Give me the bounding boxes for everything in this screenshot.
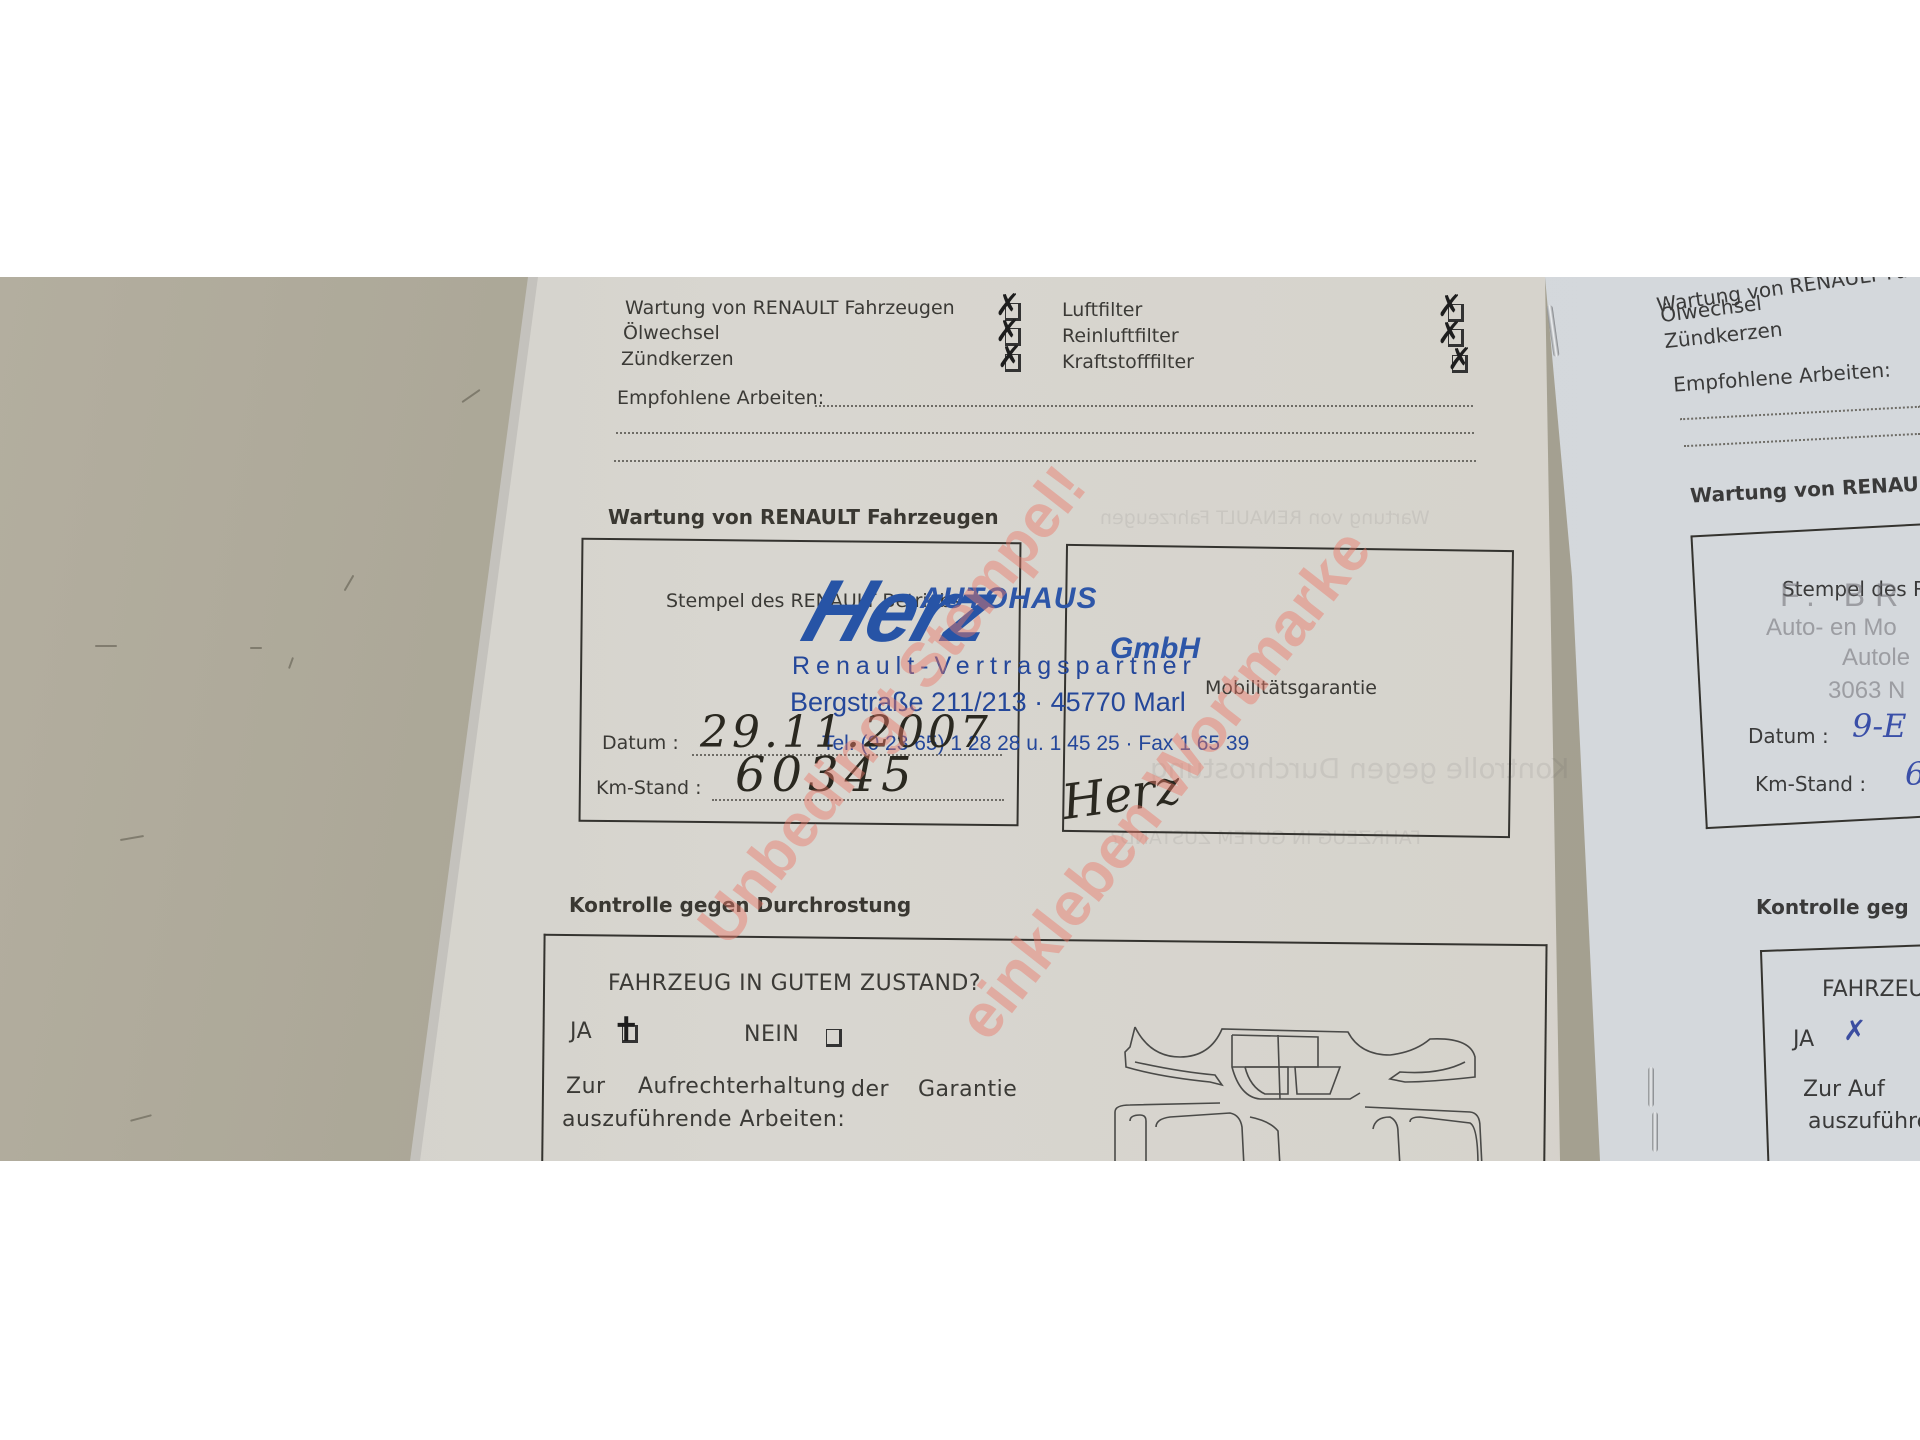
next-page-date-label: Datum : [1748,724,1829,748]
next-page-recommended-label: Empfohlene Arbeiten: [1672,357,1891,396]
next-page-line [1680,406,1920,421]
next-page-date-value: 9-E [1852,707,1907,745]
next-page-stamp-line: Autole [1842,644,1910,672]
next-page-instruction-2: auszuführe [1808,1109,1920,1134]
next-page-instruction-1: Zur Auf [1803,1077,1885,1102]
next-page-stamp-line: F. BR [1780,577,1908,614]
next-page-content: Wartung von RENAULT Fahrzeugen Ölwechsel… [0,277,1920,1161]
document-photo: Wartung von RENAULT Fahrzeugen Kontrolle… [0,277,1920,1161]
check-mark-icon: ✗ [1843,1017,1866,1045]
next-page-km-label: Km-Stand : [1755,772,1866,796]
next-page-question: FAHRZEU [1822,977,1920,1002]
next-page-heading: Wartung von RENAULT [1690,470,1920,507]
next-page-stamp-line: 3063 N [1828,677,1905,705]
next-page-rust-heading: Kontrolle geg [1756,895,1909,919]
next-page-line [1684,433,1920,447]
next-page-yes-label: JA [1793,1027,1814,1052]
next-page-stamp-line: Auto- en Mo [1766,614,1897,642]
next-page-km-value: 6 [1905,755,1920,793]
